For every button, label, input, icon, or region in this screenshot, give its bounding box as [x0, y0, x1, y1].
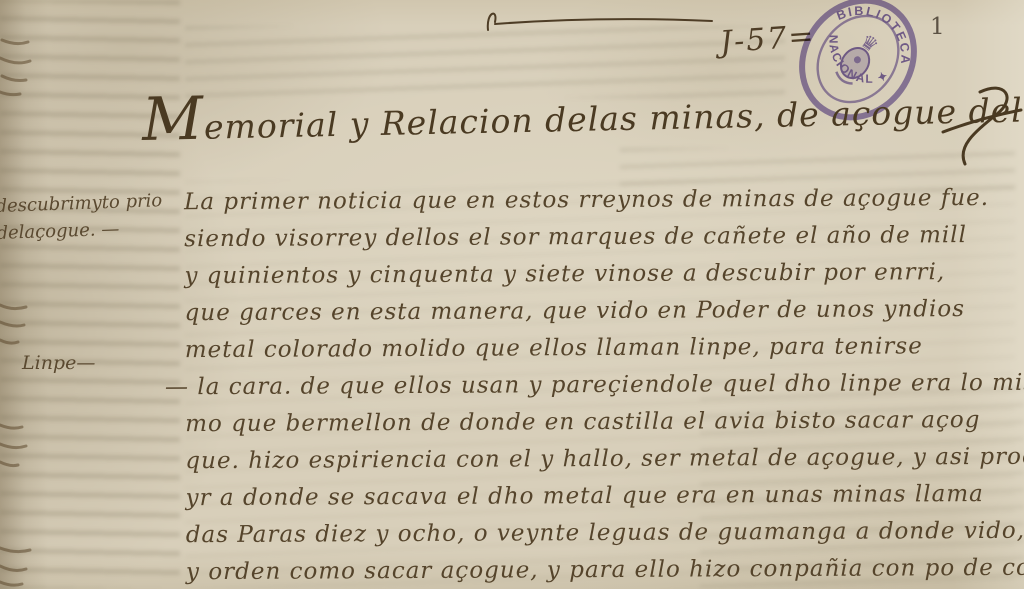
text-line: y quinientos y cinquenta y siete vinose … [184, 254, 1019, 295]
text-line: La primer noticia que en estos rreynos d… [184, 180, 1019, 221]
text-line: das Paras diez y ocho, o veynte leguas d… [186, 513, 1021, 554]
text-line: — la cara. de que ellos usan y pareçiend… [165, 365, 1020, 406]
manuscript-page: J-57= 1 BIBLIOTECA NACIONAL ✦ ♛ Memorial… [0, 0, 1024, 589]
margin-note-linpe: Linpe— [22, 350, 95, 377]
margin-note-line: delaçogue. — [0, 214, 167, 247]
text-line: metal colorado molido que ellos llaman l… [185, 328, 1020, 369]
text-line: que. hizo espiriencia con el y hallo, se… [185, 439, 1020, 480]
text-line: yr a donde se sacava el dho metal que er… [185, 476, 1020, 517]
page-title: Memorial y Relacion delas minas, de açog… [142, 79, 1003, 148]
text-line: siendo visorrey dellos el sor marques de… [184, 217, 1019, 258]
text-line: que garces en esta manera, que vido en P… [185, 291, 1020, 332]
edge-scribbles [0, 0, 60, 589]
text-line: mo que bermellon de donde en castilla el… [185, 402, 1020, 443]
text-line: y orden como sacar açogue, y para ello h… [186, 550, 1021, 589]
margin-note-discovery: descubrimyto prio delaçogue. — [0, 187, 167, 247]
body-text: La primer noticia que en estos rreynos d… [184, 180, 1021, 589]
top-flourish-line [480, 4, 720, 38]
